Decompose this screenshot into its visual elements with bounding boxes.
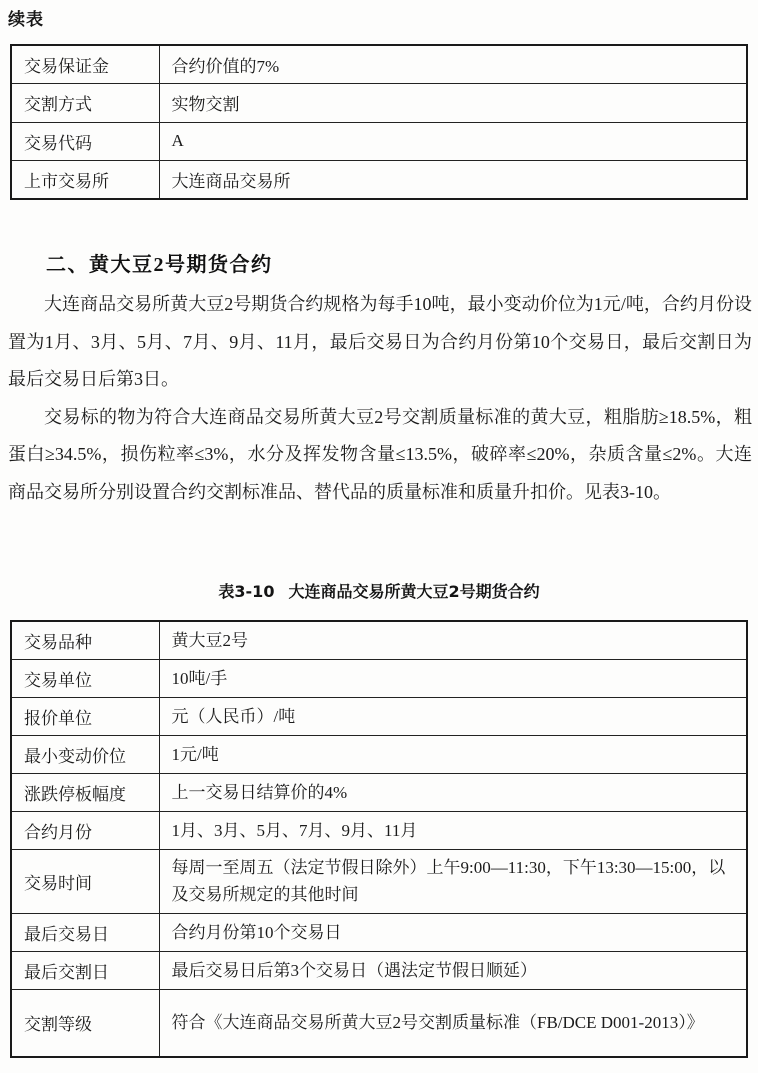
row-label: 合约月份: [11, 811, 159, 849]
body-text: 大连商品交易所黄大豆2号期货合约规格为每手10吨，最小变动价位为1元/吨，合约月…: [8, 286, 752, 511]
table-row: 报价单位 元（人民币）/吨: [11, 697, 747, 735]
row-label: 上市交易所: [11, 161, 159, 200]
table-caption: 表3-10大连商品交易所黄大豆2号期货合约: [0, 579, 758, 602]
row-value: 最后交易日后第3个交易日（遇法定节假日顺延）: [159, 951, 747, 989]
table-row: 交易保证金 合约价值的7%: [11, 45, 747, 84]
row-value: 符合《大连商品交易所黄大豆2号交割质量标准（FB/DCE D001-2013）》: [159, 989, 747, 1057]
table-row: 交易时间 每周一至周五（法定节假日除外）上午9:00—11:30，下午13:30…: [11, 849, 747, 913]
paragraph-quality-standard: 交易标的物为符合大连商品交易所黄大豆2号交割质量标准的黄大豆，粗脂肪≥18.5%…: [8, 399, 752, 512]
row-value: 合约月份第10个交易日: [159, 913, 747, 951]
row-value: 实物交割: [159, 84, 747, 123]
table-row: 交易代码 A: [11, 122, 747, 161]
continued-table-label: 续表: [8, 5, 44, 30]
row-value: 大连商品交易所: [159, 161, 747, 200]
row-label: 交易品种: [11, 621, 159, 659]
table-row: 交易单位 10吨/手: [11, 659, 747, 697]
row-label: 最后交割日: [11, 951, 159, 989]
table-row: 合约月份 1月、3月、5月、7月、9月、11月: [11, 811, 747, 849]
table-row: 最小变动价位 1元/吨: [11, 735, 747, 773]
table-row: 最后交割日 最后交易日后第3个交易日（遇法定节假日顺延）: [11, 951, 747, 989]
row-label: 交割方式: [11, 84, 159, 123]
table-row: 交割方式 实物交割: [11, 84, 747, 123]
row-value: 合约价值的7%: [159, 45, 747, 84]
row-label: 交割等级: [11, 989, 159, 1057]
row-label: 最小变动价位: [11, 735, 159, 773]
table-row: 交割等级 符合《大连商品交易所黄大豆2号交割质量标准（FB/DCE D001-2…: [11, 989, 747, 1057]
row-value: 1月、3月、5月、7月、9月、11月: [159, 811, 747, 849]
table-row: 交易品种 黄大豆2号: [11, 621, 747, 659]
table-row: 最后交易日 合约月份第10个交易日: [11, 913, 747, 951]
row-label: 交易单位: [11, 659, 159, 697]
paragraph-contract-spec: 大连商品交易所黄大豆2号期货合约规格为每手10吨，最小变动价位为1元/吨，合约月…: [8, 286, 752, 399]
row-value: 每周一至周五（法定节假日除外）上午9:00—11:30，下午13:30—15:0…: [159, 849, 747, 913]
row-label: 交易时间: [11, 849, 159, 913]
contract-table-continued: 交易保证金 合约价值的7% 交割方式 实物交割 交易代码 A 上市交易所 大连商…: [10, 44, 748, 200]
row-value: 10吨/手: [159, 659, 747, 697]
table-row: 涨跌停板幅度 上一交易日结算价的4%: [11, 773, 747, 811]
table-caption-number: 表3-10: [218, 582, 274, 601]
document-page: 续表 交易保证金 合约价值的7% 交割方式 实物交割 交易代码 A 上市交易所 …: [0, 0, 758, 1073]
row-value: 黄大豆2号: [159, 621, 747, 659]
row-label: 交易保证金: [11, 45, 159, 84]
section-heading: 二、黄大豆2号期货合约: [46, 248, 273, 277]
table-row: 上市交易所 大连商品交易所: [11, 161, 747, 200]
row-label: 涨跌停板幅度: [11, 773, 159, 811]
row-value: 元（人民币）/吨: [159, 697, 747, 735]
row-label: 最后交易日: [11, 913, 159, 951]
row-value: 1元/吨: [159, 735, 747, 773]
row-value: A: [159, 122, 747, 161]
table-caption-title: 大连商品交易所黄大豆2号期货合约: [288, 582, 539, 601]
row-label: 交易代码: [11, 122, 159, 161]
row-label: 报价单位: [11, 697, 159, 735]
soybean2-contract-table: 交易品种 黄大豆2号 交易单位 10吨/手 报价单位 元（人民币）/吨 最小变动…: [10, 620, 748, 1058]
row-value: 上一交易日结算价的4%: [159, 773, 747, 811]
